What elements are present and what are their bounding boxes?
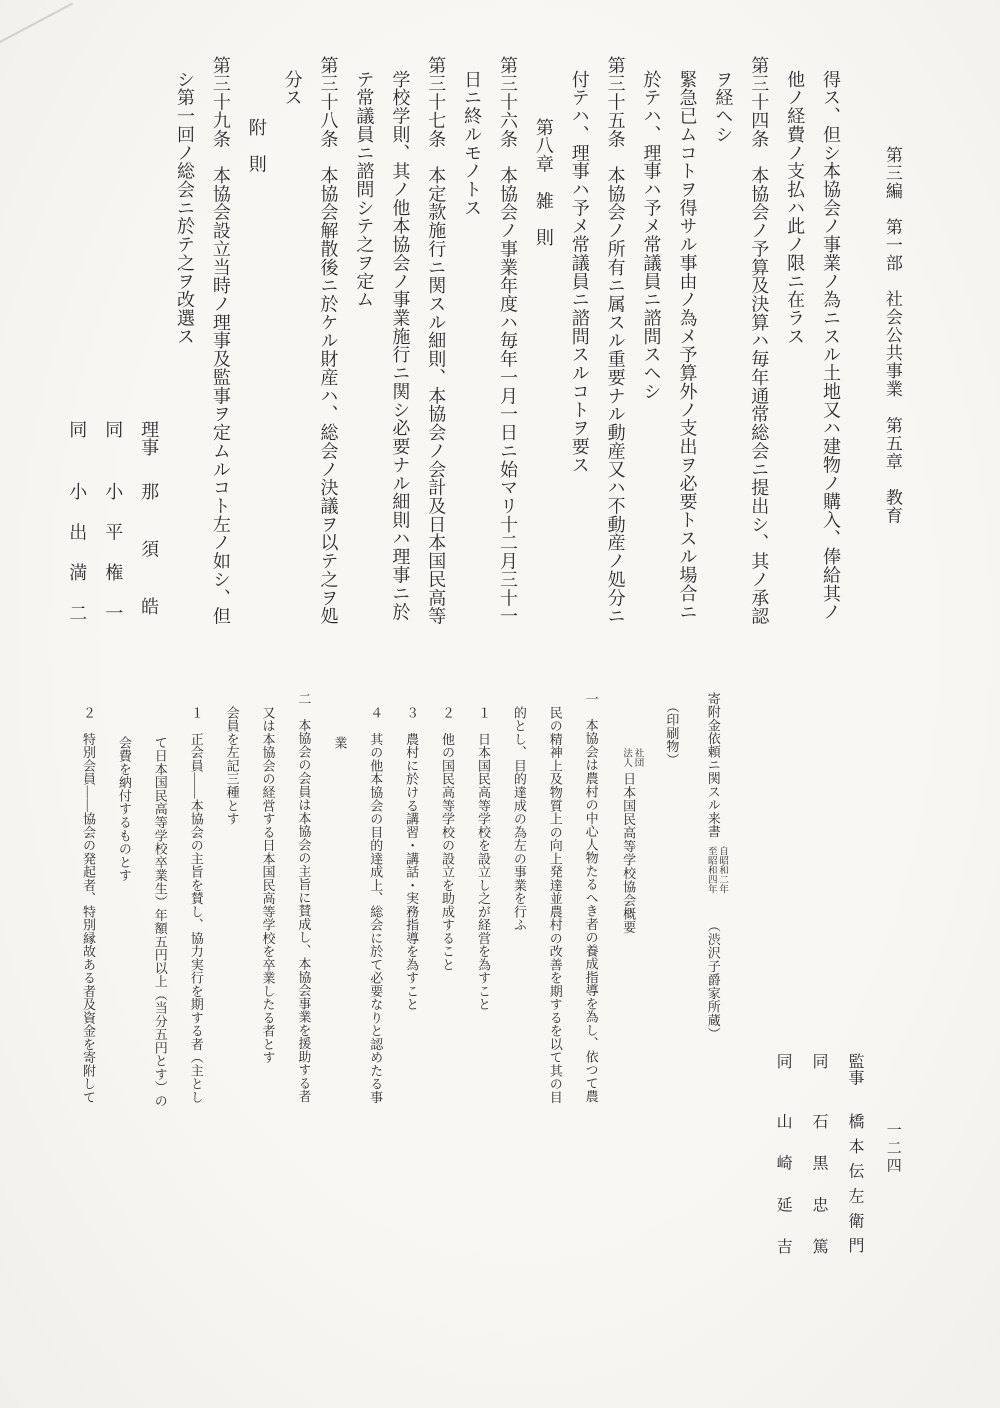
- officer-role: 理事: [139, 420, 158, 460]
- letter-list-item: ４ 其の他本協会の目的達成上、総会に於て必要なりと認めたる事: [368, 692, 382, 1368]
- letter-title-column: 寄附金依頼ニ関スル来書自昭和二年至昭和四年（渋沢子爵家所蔵）: [704, 692, 727, 1368]
- statute-article-36: 第三十六条 本協会ノ事業年度ハ毎年一月一日ニ始マリ十二月三十一: [498, 56, 517, 664]
- officer-role: 監事: [845, 1053, 862, 1091]
- statute-line: 緊急已ムコトヲ得サル事由ノ為メ予算外ノ支出ヲ必要トスル場合ニ: [678, 56, 697, 664]
- letter-line: 民の精神上及物質上の向上発達並農村の改善を期するを以て其の目: [548, 692, 562, 1368]
- letter-line: 二 本協会の会員は本協会の主旨に賛成し、本協会事業を援助する者: [297, 692, 311, 1368]
- letter-period: 自昭和二年至昭和四年: [704, 846, 727, 894]
- letter-line: 一 本協会は農村の中心人物たるへき者の養成指導を為し、依つて農: [584, 692, 598, 1368]
- officer-entry-auditor: 監事橋本伝左衛門: [845, 692, 862, 1368]
- officer-name: 石黒忠篤: [810, 1113, 827, 1279]
- officer-name: 山崎延吉: [774, 1113, 791, 1279]
- org-type-line: 法人: [620, 748, 631, 767]
- statute-line: 他ノ経費ノ支払ハ此ノ限ニ在ラス: [785, 56, 804, 664]
- officer-name: 小出満二: [67, 482, 87, 644]
- statute-line: 学校学則、其ノ他本協会ノ事業施行ニ関シ必要ナル細則ハ理事ニ於: [390, 56, 409, 664]
- statute-line: ヲ経ヘシ: [713, 56, 732, 664]
- letter-line: 又は本協会の経営する日本国民高等学校を卒業したる者とす: [261, 692, 275, 1368]
- letter-section: 監事橋本伝左衛門 同石黒忠篤 同山崎延吉 寄附金依頼ニ関スル来書自昭和二年至昭和…: [59, 692, 862, 1368]
- period-to: 至昭和四年: [704, 846, 715, 894]
- officer-entry-auditor: 同石黒忠篤: [809, 692, 826, 1368]
- letter-list-item: ２ 特別会員――協会の発起者、特別縁故ある者及資金を寄附して: [81, 692, 95, 1368]
- page-number: 一二四: [884, 1122, 900, 1175]
- officer-name: 橋本伝左衛門: [846, 1113, 863, 1262]
- org-type: 社団法人: [620, 748, 643, 767]
- statute-line: 付テハ、理事ハ予メ常議員ニ諮問スルコトヲ要ス: [570, 56, 589, 664]
- statute-line: 分ス: [283, 56, 302, 664]
- officer-name: 那須皓: [139, 482, 159, 655]
- scan-artifact-line: [0, 3, 73, 48]
- statute-article-35: 第三十五条 本協会ノ所有ニ属スル重要ナル動産又ハ不動産ノ処分ニ: [606, 56, 625, 664]
- letter-list-item: １ 正会員――本協会の主旨を賛し、協力実行を期する者（主とし: [189, 692, 203, 1368]
- officer-entry-director: 理事那須皓: [139, 56, 158, 664]
- letter-line: 業: [332, 692, 346, 1368]
- letter-list-item: ２ 他の国民高等学校の設立を助成すること: [440, 692, 454, 1368]
- statute-line: 日ニ終ルモノトス: [462, 56, 481, 664]
- letter-line: て日本国民高等学校卒業生）年額五円以上（当分五円とす）の: [153, 692, 167, 1368]
- officer-role: 同: [773, 1053, 790, 1091]
- statute-line: シ第一回ノ総会ニ於テ之ヲ改選ス: [175, 56, 194, 664]
- scanned-book-page: 第三編 第一部 社会公共事業 第五章 教育 一二四 得ス、但シ本協会ノ事業ノ為ニ…: [0, 0, 1000, 1408]
- chapter-8-heading: 第八章 雑 則: [534, 56, 553, 664]
- officer-role: 同: [67, 420, 86, 460]
- statute-article-39: 第三十九条 本協会設立当時ノ理事及監事ヲ定ムルコト左ノ如シ、但: [211, 56, 230, 664]
- letter-list-item: １ 日本国民高等学校を設立し之が経営を為すこと: [476, 692, 490, 1368]
- letter-line: 的とし、目的達成の為左の事業を行ふ: [512, 692, 526, 1368]
- statute-section: 得ス、但シ本協会ノ事業ノ為ニスル土地又ハ建物ノ購入、俸給其ノ 他ノ経費ノ支払ハ此…: [50, 56, 840, 664]
- officer-role: 同: [103, 420, 122, 460]
- officer-role: 同: [809, 1053, 826, 1091]
- letter-title: 寄附金依頼ニ関スル来書: [706, 692, 721, 838]
- statute-article-34: 第三十四条 本協会ノ予算及決算ハ毎年通常総会ニ提出シ、其ノ承認: [749, 56, 768, 664]
- officer-entry-auditor: 同山崎延吉: [773, 692, 790, 1368]
- officer-name: 小平権一: [103, 482, 123, 644]
- letter-line: 会員を左記三種とす: [225, 692, 239, 1368]
- org-overview-heading: 日本国民高等学校協会概要: [621, 772, 636, 934]
- officer-entry-director: 同小平権一: [103, 56, 122, 664]
- letter-line: 会費を納付するものとす: [117, 692, 131, 1368]
- org-heading-column: 社団法人日本国民高等学校協会概要: [620, 692, 643, 1368]
- period-from: 自昭和二年: [716, 846, 727, 894]
- material-type-label: （印刷物）: [664, 692, 678, 1368]
- officer-entry-director: 同小出満二: [67, 56, 86, 664]
- running-header: 第三編 第一部 社会公共事業 第五章 教育: [883, 146, 901, 524]
- statute-article-38: 第三十八条 本協会解散後ニ於ケル財産ハ、総会ノ決議ヲ以テ之ヲ処: [319, 56, 338, 664]
- org-type-line: 社団: [631, 748, 642, 767]
- supplementary-rules-heading: 附 則: [247, 56, 266, 664]
- statute-line: 得ス、但シ本協会ノ事業ノ為ニスル土地又ハ建物ノ購入、俸給其ノ: [821, 56, 840, 664]
- statute-line: 於テハ、理事ハ予メ常議員ニ諮問スヘシ: [642, 56, 661, 664]
- letter-source: （渋沢子爵家所蔵）: [706, 919, 721, 1041]
- statute-line: テ常議員ニ諮問シテ之ヲ定ム: [355, 56, 374, 664]
- statute-article-37: 第三十七条 本定款施行ニ関スル細則、本協会ノ会計及日本国民高等: [426, 56, 445, 664]
- letter-list-item: ３ 農村に於ける講習・講話・実務指導を為すこと: [404, 692, 418, 1368]
